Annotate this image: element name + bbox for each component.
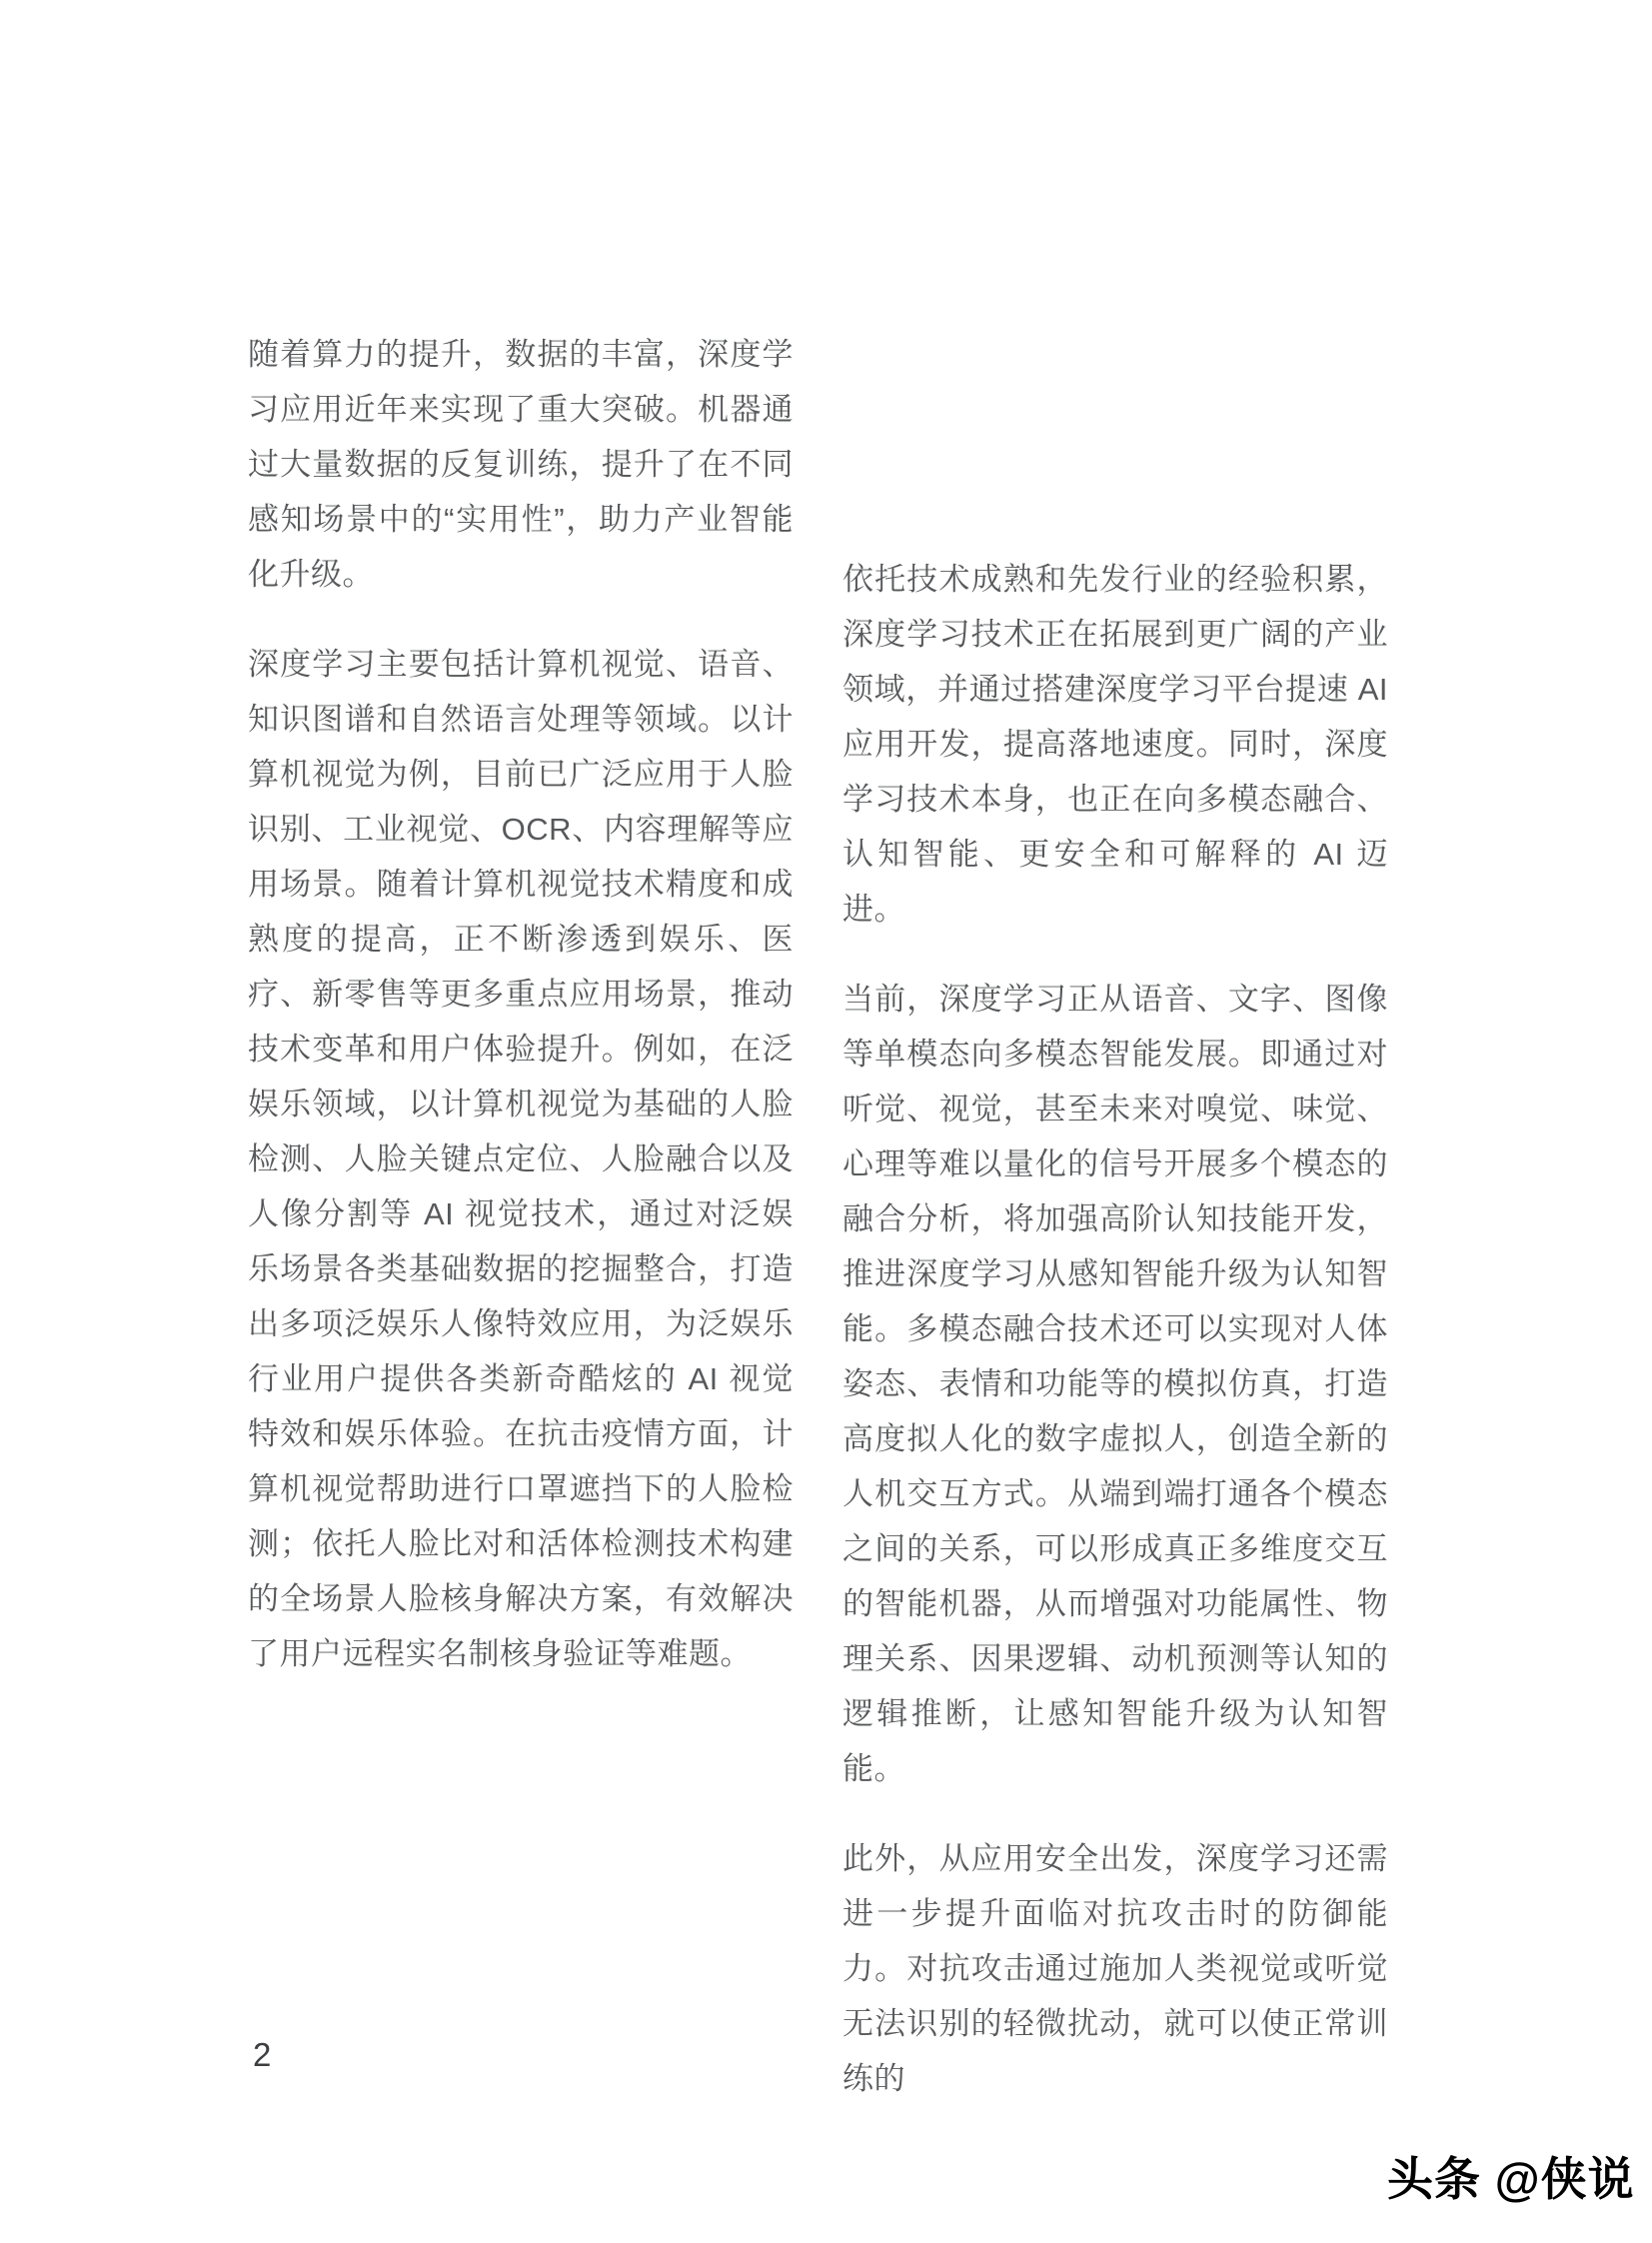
right-column: 依托技术成熟和先发行业的经验积累，深度学习技术正在拓展到更广阔的产业领域，并通过… bbox=[842, 552, 1388, 2106]
watermark: 头条 @侠说 bbox=[1387, 2151, 1635, 2207]
left-paragraph-2: 深度学习主要包括计算机视觉、语音、知识图谱和自然语言处理等领域。以计算机视觉为例… bbox=[248, 637, 794, 1681]
right-paragraph-2: 当前，深度学习正从语音、文字、图像等单模态向多模态智能发展。即通过对听觉、视觉，… bbox=[842, 972, 1388, 1796]
right-paragraph-1: 依托技术成熟和先发行业的经验积累，深度学习技术正在拓展到更广阔的产业领域，并通过… bbox=[842, 552, 1388, 937]
left-column: 随着算力的提升，数据的丰富，深度学习应用近年来实现了重大突破。机器通过大量数据的… bbox=[248, 327, 794, 1681]
document-page: 随着算力的提升，数据的丰富，深度学习应用近年来实现了重大突破。机器通过大量数据的… bbox=[0, 0, 1652, 2243]
right-paragraph-3: 此外，从应用安全出发，深度学习还需进一步提升面临对抗攻击时的防御能力。对抗攻击通… bbox=[842, 1831, 1388, 2106]
page-number: 2 bbox=[253, 2035, 271, 2075]
left-paragraph-1: 随着算力的提升，数据的丰富，深度学习应用近年来实现了重大突破。机器通过大量数据的… bbox=[248, 327, 794, 602]
